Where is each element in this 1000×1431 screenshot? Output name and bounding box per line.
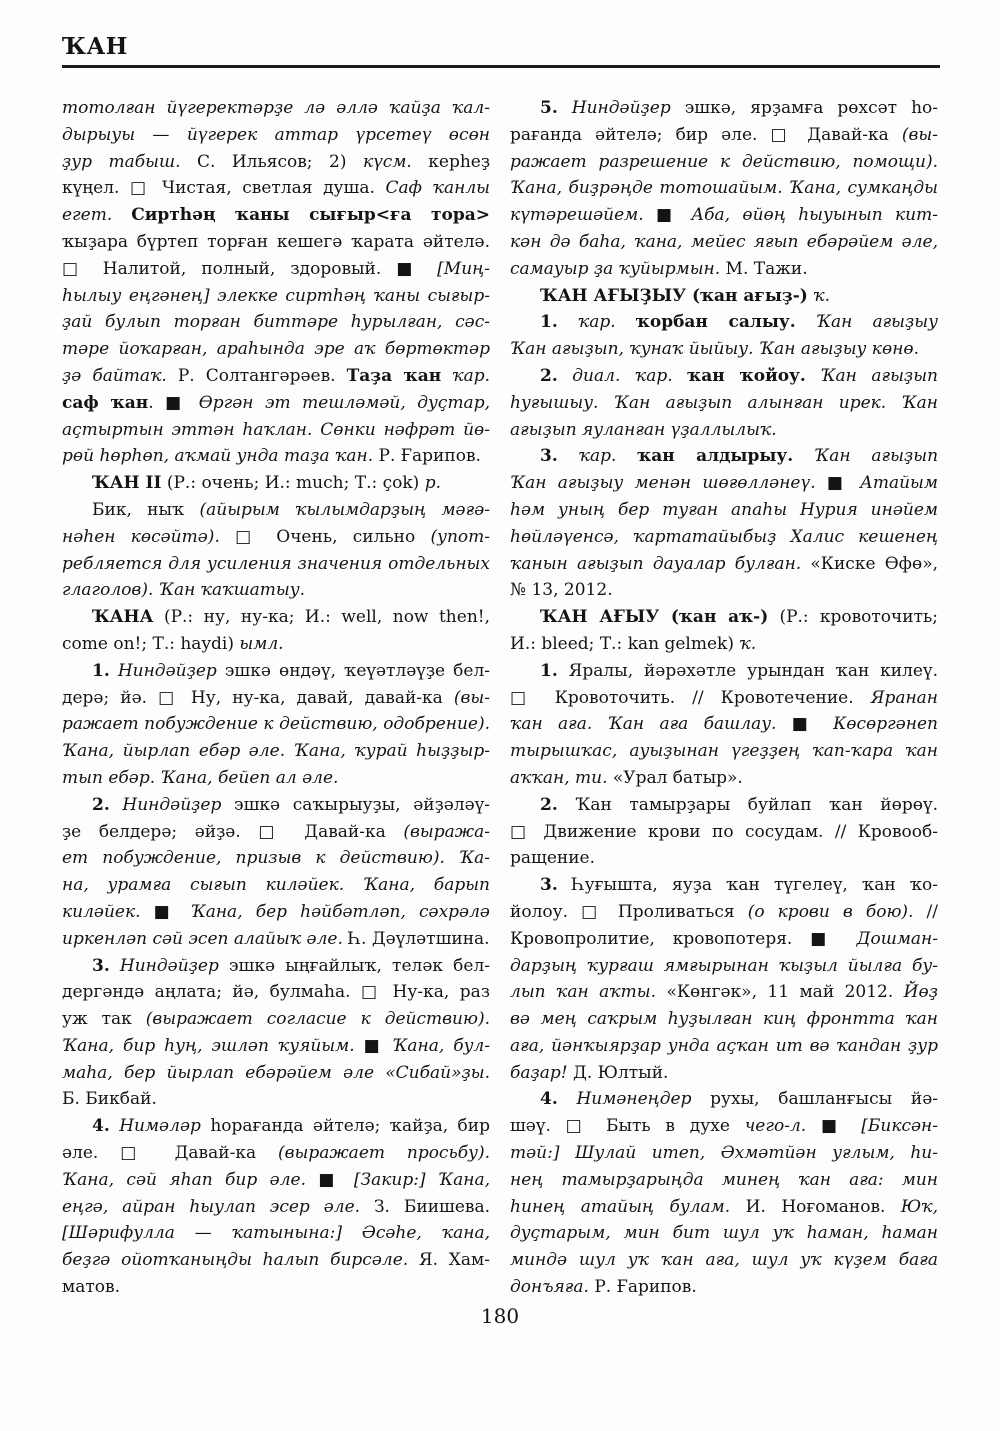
text-segment: 4. [92, 1116, 110, 1136]
text-line: һинең атайың булам. И. Ноғоманов. Юҡ, [510, 1194, 938, 1221]
text-segment: 3. [92, 956, 110, 976]
text-segment: Ниндәйҙер [122, 795, 221, 815]
text-segment: ■ [141, 902, 191, 922]
text-line: киләйек. ■ Ҡана, бер һәйбәтләп, сәхрәлә [62, 899, 490, 926]
text-segment: дырыуы — йүгерек аттар үрсетеү өсөн [62, 125, 490, 145]
text-segment [673, 366, 688, 386]
text-segment: ҡар. [578, 312, 616, 332]
text-line: Кровопролитие, кровопотеря. ■ Дошман- [510, 926, 938, 953]
text-line: беҙгә ойотҡаныңды һалып бирсәле. Я. Хам- [62, 1247, 490, 1274]
text-line: дерә; йә. □ Ну, ну-ка, давай, давай-ка (… [62, 685, 490, 712]
running-head: ҠАН [62, 33, 128, 60]
text-segment: ращение. [510, 848, 595, 868]
text-line: 2. диал. ҡар. ҡан ҡойоу. Ҡан ағыҙып [510, 363, 938, 390]
text-segment: (вы- [902, 125, 938, 145]
text-line: матов. [62, 1274, 490, 1301]
text-segment: нең тамырҙарыңда минең ҡан аға: мин [510, 1170, 938, 1190]
text-line: Бик, ныҡ (айырым ҡылымдарҙың мәғә- [62, 497, 490, 524]
text-segment: Ҡана, йырлап ебәр әле. Ҡана, ҡурай һыҙҙы… [62, 741, 490, 761]
text-segment: □ Кровоточить. // Кровотечение. [510, 688, 871, 708]
text-segment: маһа, бер йырлап ебәрәйем әле «Сибай»ҙы. [62, 1063, 490, 1083]
text-segment: (выражает просьбу). [278, 1143, 490, 1163]
text-segment: 2. [92, 795, 110, 815]
text-line: □ Налитой, полный, здоровый. ■ [Миң- [62, 256, 490, 283]
text-line: № 13, 2012. [510, 577, 938, 604]
text-segment: ҙур табыш. [62, 152, 180, 172]
text-line: Ҡана, йырлап ебәр әле. Ҡана, ҡурай һыҙҙы… [62, 738, 490, 765]
text-line: И.: bleed; Т.: kan gelmek) ҡ. [510, 631, 938, 658]
text-segment [616, 312, 636, 332]
text-line: 3. ҡар. ҡан алдырыу. Ҡан ағыҙып дауалау. [510, 443, 938, 470]
text-segment: □ Движение крови по сосудам. // Кровооб- [510, 822, 938, 842]
text-line: ҙай булып торған биттәре һурылған, сәс- [62, 309, 490, 336]
text-segment: лып ҡан аҡты. [510, 982, 656, 1002]
text-segment: Ҡана, бир һуң, эшләп ҡуяйым. [62, 1036, 355, 1056]
text-segment [110, 1116, 119, 1136]
text-line: 4. Нимәләр һорағанда әйтелә; ҡайҙа, бир [62, 1113, 490, 1140]
text-segment: ҡорбан салыу. [636, 312, 796, 332]
text-line: ращение. [510, 845, 938, 872]
page-number: 180 [0, 1304, 1000, 1328]
text-segment: (Р.: кровоточить; [768, 607, 938, 627]
text-line: ҙе белдерә; әйҙә. □ Давай-ка (выража- [62, 819, 490, 846]
text-segment [616, 446, 637, 466]
text-segment: 2. [540, 795, 558, 815]
text-segment: ҠАН АҒЫУ (ҡан аҡ-) [540, 607, 768, 627]
header-rule [62, 65, 940, 68]
text-line: [Шәрифулла — ҡатынына:] Әсәһе, ҡана, [62, 1220, 490, 1247]
text-segment: Яранан [871, 688, 938, 708]
text-segment: күсм. [363, 152, 412, 172]
text-line: һуғышыу. Ҡан ағыҙып алынған ирек. Ҡан [510, 390, 938, 417]
text-segment: Һ. Дәүләтшина. [343, 929, 490, 949]
text-line: глаголов). Ҡан ҡаҡшатыу. [62, 577, 490, 604]
text-segment: Р. Ғарипов. [589, 1277, 697, 1297]
text-segment: ■ [816, 473, 860, 493]
text-segment: ■ [644, 205, 692, 225]
text-segment: И. Ноғоманов. [730, 1197, 901, 1217]
text-line: 1. Яралы, йәрәхәтле урындан ҡан килеү. [510, 658, 938, 685]
text-segment: аҡҡан, ти. [510, 768, 608, 788]
text-line: иркенләп сәй эсеп алайыҡ әле. Һ. Дәүләтш… [62, 926, 490, 953]
text-line: маһа, бер йырлап ебәрәйем әле «Сибай»ҙы. [62, 1060, 490, 1087]
text-line: 2. Ниндәйҙер эшкә саҡырыуҙы, әйҙәләү- [62, 792, 490, 819]
text-line: тырышҡас, ауыҙынан үгеҙҙең ҡап-ҡара ҡан [510, 738, 938, 765]
text-line: дырыуы — йүгерек аттар үрсетеү өсөн [62, 122, 490, 149]
text-segment: № 13, 2012. [510, 580, 613, 600]
text-segment: З. Биишева. [360, 1197, 490, 1217]
text-segment: Ҡана, биҙрәңде тотошайым. Ҡана, сумкаңды [510, 178, 938, 198]
text-segment: эшкә ыңғайлыҡ, теләк бел- [219, 956, 490, 976]
text-line: дергәндә аңлата; йә, булмаһа. □ Ну-ка, р… [62, 979, 490, 1006]
text-segment: Көсөргәнеп [833, 714, 938, 734]
text-segment: ҡ. [739, 634, 756, 654]
text-line: аға, йәнҡыярҙар унда аҫҡан ит вә ҡандан … [510, 1033, 938, 1060]
text-segment: эшкә саҡырыуҙы, әйҙәләү- [221, 795, 490, 815]
text-segment: ■ [776, 714, 833, 734]
text-segment: (Р.: очень; И.: much; Т.: çok) [161, 473, 424, 493]
text-segment: керһеҙ [412, 152, 490, 172]
text-line: come on!; Т.: haydi) ымл. [62, 631, 490, 658]
text-line: уж так (выражает согласие к действию). [62, 1006, 490, 1033]
text-segment: ымл. [239, 634, 283, 654]
text-segment [112, 205, 131, 225]
text-segment: Сиртһәң ҡаны сығыр<ға тора> [131, 205, 490, 225]
text-segment [558, 1089, 577, 1109]
text-segment: саф ҡан [62, 393, 148, 413]
text-segment: рөй һөрһөп, аҡмай унда таҙа ҡан. [62, 446, 373, 466]
text-segment: донъяға. [510, 1277, 589, 1297]
text-segment: Яралы, йәрәхәтле урындан ҡан килеү. [558, 661, 938, 681]
text-segment: иркенләп сәй эсеп алайыҡ әле. [62, 929, 343, 949]
text-segment: (выража- [403, 822, 490, 842]
text-segment: нәһен көсәйтә) [62, 527, 214, 547]
text-line: рөй һөрһөп, аҡмай унда таҙа ҡан. Р. Ғари… [62, 443, 490, 470]
text-line: 3. Һуғышта, яуҙа ҡан түгелеү, ҡан ҡо- [510, 872, 938, 899]
text-line: 1. Ниндәйҙер эшкә өндәү, ҡеүәтләүҙе бел- [62, 658, 490, 685]
text-segment: аҫтыртын эттән һаҡлан. Сөнки нәфрәт йө- [62, 420, 490, 440]
text-segment: ■ [355, 1036, 393, 1056]
text-segment: ҠАН АҒЫҘЫУ (ҡан ағыҙ-) [540, 286, 808, 306]
text-line: кән дә баһа, ҡана, мейес яғып ебәрәйем ә… [510, 229, 938, 256]
text-segment [558, 366, 573, 386]
text-line: шәү. □ Быть в духе чего-л. ■ [Биксән- [510, 1113, 938, 1140]
text-line: Ҡана, биҙрәңде тотошайым. Ҡана, сумкаңды [510, 175, 938, 202]
text-segment: М. Тажи. [720, 259, 807, 279]
text-segment: рухы, башланғысы йә- [691, 1089, 938, 1109]
text-segment: Б. Бикбай. [62, 1089, 157, 1109]
text-segment: р. [425, 473, 441, 493]
left-column: тотолған йүгеректәрҙе лә әллә ҡайҙа ҡал-… [62, 95, 490, 1301]
text-segment: дергәндә аңлата; йә, булмаһа. □ Ну-ка, р… [62, 982, 490, 1002]
text-segment: ҙә байтаҡ. [62, 366, 167, 386]
text-segment [806, 366, 821, 386]
text-line: ағыҙып яуланған үҙаллылыҡ. [510, 417, 938, 444]
text-segment: И.: bleed; Т.: kan gelmek) [510, 634, 739, 654]
text-line: күңел. □ Чистая, светлая душа. Саф ҡанлы [62, 175, 490, 202]
text-line: ражает разрешение к действию, помощи). [510, 149, 938, 176]
text-segment: ҡар. [452, 366, 490, 386]
text-segment: чего-л. [745, 1116, 806, 1136]
text-line: күтәрешәйем. ■ Аба, өйөң һыуынып кит- [510, 202, 938, 229]
text-segment: ҠАН II [92, 473, 161, 493]
text-line: ҙә байтаҡ. Р. Солтангәрәев. Таҙа ҡан ҡар… [62, 363, 490, 390]
text-segment [558, 446, 579, 466]
text-line: йолоу. □ Проливаться (о крови в бою). // [510, 899, 938, 926]
text-line: ҠАН II (Р.: очень; И.: much; Т.: çok) р. [62, 470, 490, 497]
text-segment: ҡан алдырыу. [637, 446, 793, 466]
text-segment: ҙе белдерә; әйҙә. □ Давай-ка [62, 822, 403, 842]
text-segment: (о крови в бою). [748, 902, 914, 922]
text-line: ҡан аға. Ҡан аға башлау. ■ Көсөргәнеп [510, 711, 938, 738]
text-segment: come on!; Т.: haydi) [62, 634, 239, 654]
text-segment: на, урамға сығып киләйек. Ҡана, барып [62, 875, 490, 895]
text-segment: кән дә баһа, ҡана, мейес яғып ебәрәйем ә… [510, 232, 938, 252]
text-segment: еңгә, айран һыулап эсер әле. [62, 1197, 360, 1217]
text-segment: 2. [540, 366, 558, 386]
text-line: ҡыҙара бүртеп торған кешегә ҡарата әйтел… [62, 229, 490, 256]
text-segment: [Закир:] Ҡана, [354, 1170, 490, 1190]
text-segment: йолоу. □ Проливаться [510, 902, 748, 922]
text-segment: (выражает согласие к действию). [146, 1009, 490, 1029]
text-segment [441, 366, 452, 386]
text-segment: ҡар. [579, 446, 617, 466]
text-line: ҡанын ағыҙып дауалар булған. «Киске Өфө»… [510, 551, 938, 578]
text-segment: ҡан аға. Ҡан аға башлау. [510, 714, 776, 734]
text-segment: тәй:] Шулай итеп, Әхмәтйән уғлым, һи- [510, 1143, 938, 1163]
text-line: саф ҡан. ■ Өргән эт тешләмәй, дуҫтар, [62, 390, 490, 417]
text-line: нәһен көсәйтә). □ Очень, сильно (упот- [62, 524, 490, 551]
text-segment [558, 312, 578, 332]
text-line: самауыр ҙа ҡуйырмын. М. Тажи. [510, 256, 938, 283]
text-segment: ет побуждение, призыв к действию). Ҡа- [62, 848, 490, 868]
text-segment [796, 312, 816, 332]
text-line: на, урамға сығып киләйек. Ҡана, барып [62, 872, 490, 899]
text-segment: Я. Хам- [408, 1250, 490, 1270]
text-segment: һылыу еңгәнең] элекке сиртһәң ҡаны сығыр… [62, 286, 490, 306]
text-segment: һәм уның бер туған апаһы Нурия инәйем [510, 500, 938, 520]
text-segment: ҡанын ағыҙып дауалар булған. [510, 554, 801, 574]
dictionary-page: ҠАН тотолған йүгеректәрҙе лә әллә ҡайҙа … [0, 0, 1000, 1431]
text-segment [793, 446, 814, 466]
text-segment: 1. [540, 661, 558, 681]
text-line: 2. Ҡан тамырҙары буйлап ҡан йөрөү. [510, 792, 938, 819]
text-line: Б. Бикбай. [62, 1086, 490, 1113]
text-line: тып ебәр. Ҡана, бейеп ал әле. [62, 765, 490, 792]
text-segment: һөйләүенсә, ҡартатайыбыҙ Халис кешенең [510, 527, 938, 547]
text-segment: глаголов) [62, 580, 148, 600]
text-segment: Ҡан ҡаҡшатыу. [159, 580, 305, 600]
text-segment: самауыр ҙа ҡуйырмын. [510, 259, 720, 279]
text-segment: Дошман- [857, 929, 938, 949]
text-segment: ражает разрешение к действию, помощи). [510, 152, 938, 172]
text-line: ҠАН АҒЫУ (ҡан аҡ-) (Р.: кровоточить; [510, 604, 938, 631]
text-segment [110, 795, 123, 815]
text-line: рағанда әйтелә; бир әле. □ Давай-ка (вы- [510, 122, 938, 149]
text-segment: Ҡан ағыҙып, ҡунаҡ йыйыу. Ҡан ағыҙыу көнө… [510, 339, 919, 359]
text-line: □ Движение крови по сосудам. // Кровооб- [510, 819, 938, 846]
text-segment: миндә шул уҡ ҡан аға, шул уҡ күҙем баға [510, 1250, 938, 1270]
text-segment: һуғышыу. Ҡан ағыҙып алынған ирек. Ҡан [510, 393, 938, 413]
text-segment: 3. [540, 446, 558, 466]
text-segment: ребляется для усиления значения отдельны… [62, 554, 490, 574]
text-segment: Ниндәйҙер [120, 956, 219, 976]
text-segment: . □ Очень, сильно [214, 527, 430, 547]
text-segment: □ Налитой, полный, здоровый. ■ [62, 259, 437, 279]
text-line: ҠАНА (Р.: ну, ну-ка; И.: well, now then!… [62, 604, 490, 631]
text-segment: дарҙың ҡурғаш ямғырынан ҡыҙыл йылға бу- [510, 956, 938, 976]
text-segment: Нимәнеңдер [576, 1089, 691, 1109]
text-segment: . [148, 580, 159, 600]
text-segment: ҙай булып торған биттәре һурылған, сәс- [62, 312, 490, 332]
text-segment: Өргән эт тешләмәй, дуҫтар, [199, 393, 490, 413]
text-segment: егет. [62, 205, 112, 225]
text-line: миндә шул уҡ ҡан аға, шул уҡ күҙем баға [510, 1247, 938, 1274]
text-line: һәм уның бер туған апаһы Нурия инәйем [510, 497, 938, 524]
text-segment: диал. ҡар. [572, 366, 672, 386]
text-segment: Юҡ, [901, 1197, 938, 1217]
text-segment: Д. Юлтый. [568, 1063, 669, 1083]
text-segment: әле. □ Давай-ка [62, 1143, 278, 1163]
text-segment: «Көнгәк», 11 май 2012. [656, 982, 904, 1002]
text-line: тотолған йүгеректәрҙе лә әллә ҡайҙа ҡал- [62, 95, 490, 122]
text-segment: дуҫтарым, мин бит шул уҡ һаман, һаман [510, 1223, 938, 1243]
text-segment: 3. [540, 875, 558, 895]
text-segment: С. Ильясов; 2) [180, 152, 362, 172]
text-line: Ҡан ағыҙып, ҡунаҡ йыйыу. Ҡан ағыҙыу көнө… [510, 336, 938, 363]
text-segment: уж так [62, 1009, 146, 1029]
text-segment [110, 956, 120, 976]
text-segment: (вы- [454, 688, 490, 708]
text-segment: Ҡан ағыҙыу менән шөғөлләнеү. [510, 473, 816, 493]
text-segment: (упот- [430, 527, 490, 547]
text-line: 1. ҡар. ҡорбан салыу. Ҡан ағыҙыу йолаһы. [510, 309, 938, 336]
text-segment: шәү. □ Быть в духе [510, 1116, 745, 1136]
text-segment: киләйек. [62, 902, 141, 922]
text-line: тәй:] Шулай итеп, Әхмәтйән уғлым, һи- [510, 1140, 938, 1167]
text-segment: һорағанда әйтелә; ҡайҙа, бир [201, 1116, 490, 1136]
text-segment: 1. [540, 312, 558, 332]
text-segment: ■ [806, 1116, 861, 1136]
right-column: 5. Ниндәйҙер эшкә, ярҙамға рөхсәт һо-рағ… [510, 95, 938, 1301]
text-line: егет. Сиртһәң ҡаны сығыр<ға тора> һимеҙ, [62, 202, 490, 229]
text-segment [110, 661, 118, 681]
text-segment: [Шәрифулла — ҡатынына:] Әсәһе, ҡана, [62, 1223, 490, 1243]
text-line: ребляется для усиления значения отдельны… [62, 551, 490, 578]
text-segment: баҙар! [510, 1063, 568, 1083]
text-segment: Ҡана, бул- [392, 1036, 490, 1056]
text-segment: тәре йоҡарған, араһында эре аҡ бөртөктәр [62, 339, 490, 359]
text-line: аҡҡан, ти. «Урал батыр». [510, 765, 938, 792]
text-line: тәре йоҡарған, араһында эре аҡ бөртөктәр [62, 336, 490, 363]
text-segment: күтәрешәйем. [510, 205, 644, 225]
text-line: ет побуждение, призыв к действию). Ҡа- [62, 845, 490, 872]
text-segment: беҙгә ойотҡаныңды һалып бирсәле. [62, 1250, 408, 1270]
text-segment: Ҡан тамырҙары буйлап ҡан йөрөү. [558, 795, 938, 815]
text-segment: матов. [62, 1277, 120, 1297]
text-segment: «Киске Өфө», [801, 554, 938, 574]
text-segment: (айырым ҡылымдарҙың мәғә- [199, 500, 490, 520]
text-line: һылыу еңгәнең] элекке сиртһәң ҡаны сығыр… [62, 283, 490, 310]
text-segment: ражает побуждение к действию, одобрение)… [62, 714, 490, 734]
text-line: ҠАН АҒЫҘЫУ (ҡан ағыҙ-) ҡ. [510, 283, 938, 310]
text-segment: Кровопролитие, кровопотеря. ■ [510, 929, 857, 949]
text-segment: 4. [540, 1089, 558, 1109]
text-line: әле. □ Давай-ка (выражает просьбу). [62, 1140, 490, 1167]
text-line: □ Кровоточить. // Кровотечение. Яранан [510, 685, 938, 712]
text-segment: ҡ. [813, 286, 830, 306]
text-line: нең тамырҙарыңда минең ҡан аға: мин [510, 1167, 938, 1194]
text-segment: күңел. □ Чистая, светлая душа. [62, 178, 386, 198]
text-line: дуҫтарым, мин бит шул уҡ һаман, һаман [510, 1220, 938, 1247]
text-segment: Таҙа ҡан [347, 366, 442, 386]
text-line: 5. Ниндәйҙер эшкә, ярҙамға рөхсәт һо- [510, 95, 938, 122]
text-segment: Йөҙ [904, 982, 938, 1002]
text-line: аҫтыртын эттән һаҡлан. Сөнки нәфрәт йө- [62, 417, 490, 444]
text-line: лып ҡан аҡты. «Көнгәк», 11 май 2012. Йөҙ [510, 979, 938, 1006]
text-segment: Атайым [860, 473, 938, 493]
text-line: Ҡана, сәй яһап бир әле. ■ [Закир:] Ҡана, [62, 1167, 490, 1194]
text-segment: ҠАНА [92, 607, 153, 627]
text-segment: // [913, 902, 938, 922]
text-segment: Р. Солтангәрәев. [167, 366, 347, 386]
text-segment: . ■ [148, 393, 199, 413]
text-line: 4. Нимәнеңдер рухы, башланғысы йә- [510, 1086, 938, 1113]
text-segment: эшкә өндәү, ҡеүәтләүҙе бел- [217, 661, 490, 681]
text-line: баҙар! Д. Юлтый. [510, 1060, 938, 1087]
text-line: еңгә, айран һыулап эсер әле. З. Биишева. [62, 1194, 490, 1221]
text-segment: 5. [540, 98, 558, 118]
text-segment: Саф ҡанлы [386, 178, 490, 198]
text-segment: Ниндәйҙер [572, 98, 671, 118]
text-segment: «Урал батыр». [608, 768, 743, 788]
text-segment: Һуғышта, яуҙа ҡан түгелеү, ҡан ҡо- [558, 875, 938, 895]
text-segment: Ҡана, сәй яһап бир әле. [62, 1170, 306, 1190]
text-segment: вә мең саҡрым һуҙылған киң фронтта ҡан [510, 1009, 938, 1029]
text-segment: ҡыҙара бүртеп торған кешегә ҡарата әйтел… [62, 232, 490, 252]
text-segment: Ҡан ағыҙып [820, 366, 938, 386]
text-line: дарҙың ҡурғаш ямғырынан ҡыҙыл йылға бу- [510, 953, 938, 980]
text-segment: (Р.: ну, ну-ка; И.: well, now then!, [153, 607, 490, 627]
text-segment: аға, йәнҡыярҙар унда аҫҡан ит вә ҡандан … [510, 1036, 938, 1056]
text-segment: рағанда әйтелә; бир әле. □ Давай-ка [510, 125, 902, 145]
text-segment: [Биксән- [861, 1116, 938, 1136]
text-segment: Аба, өйөң һыуынып кит- [691, 205, 938, 225]
text-segment: Бик, ныҡ [92, 500, 199, 520]
text-segment: ■ [306, 1170, 354, 1190]
text-line: Ҡан ағыҙыу менән шөғөлләнеү. ■ Атайым [510, 470, 938, 497]
text-segment: [Миң- [437, 259, 490, 279]
text-line: 3. Ниндәйҙер эшкә ыңғайлыҡ, теләк бел- [62, 953, 490, 980]
text-segment: ҡан ҡойоу. [687, 366, 806, 386]
text-segment: Нимәләр [119, 1116, 201, 1136]
text-line: вә мең саҡрым һуҙылған киң фронтта ҡан [510, 1006, 938, 1033]
text-line: һөйләүенсә, ҡартатайыбыҙ Халис кешенең [510, 524, 938, 551]
text-line: донъяға. Р. Ғарипов. [510, 1274, 938, 1301]
text-segment: Ниндәйҙер [118, 661, 217, 681]
text-line: Ҡана, бир һуң, эшләп ҡуяйым. ■ Ҡана, бул… [62, 1033, 490, 1060]
text-segment: Р. Ғарипов. [373, 446, 481, 466]
text-segment: һинең атайың булам. [510, 1197, 730, 1217]
text-segment: дерә; йә. □ Ну, ну-ка, давай, давай-ка [62, 688, 454, 708]
text-segment: эшкә, ярҙамға рөхсәт һо- [671, 98, 938, 118]
text-segment: тып ебәр. Ҡана, бейеп ал әле. [62, 768, 338, 788]
text-line: ражает побуждение к действию, одобрение)… [62, 711, 490, 738]
text-segment: тырышҡас, ауыҙынан үгеҙҙең ҡап-ҡара ҡан [510, 741, 938, 761]
text-segment: ағыҙып яуланған үҙаллылыҡ. [510, 420, 777, 440]
text-segment: 1. [92, 661, 110, 681]
text-segment [558, 98, 572, 118]
text-line: ҙур табыш. С. Ильясов; 2) күсм. керһеҙ [62, 149, 490, 176]
text-segment: тотолған йүгеректәрҙе лә әллә ҡайҙа ҡал- [62, 98, 490, 118]
text-segment: Ҡана, бер һәйбәтләп, сәхрәлә [191, 902, 490, 922]
